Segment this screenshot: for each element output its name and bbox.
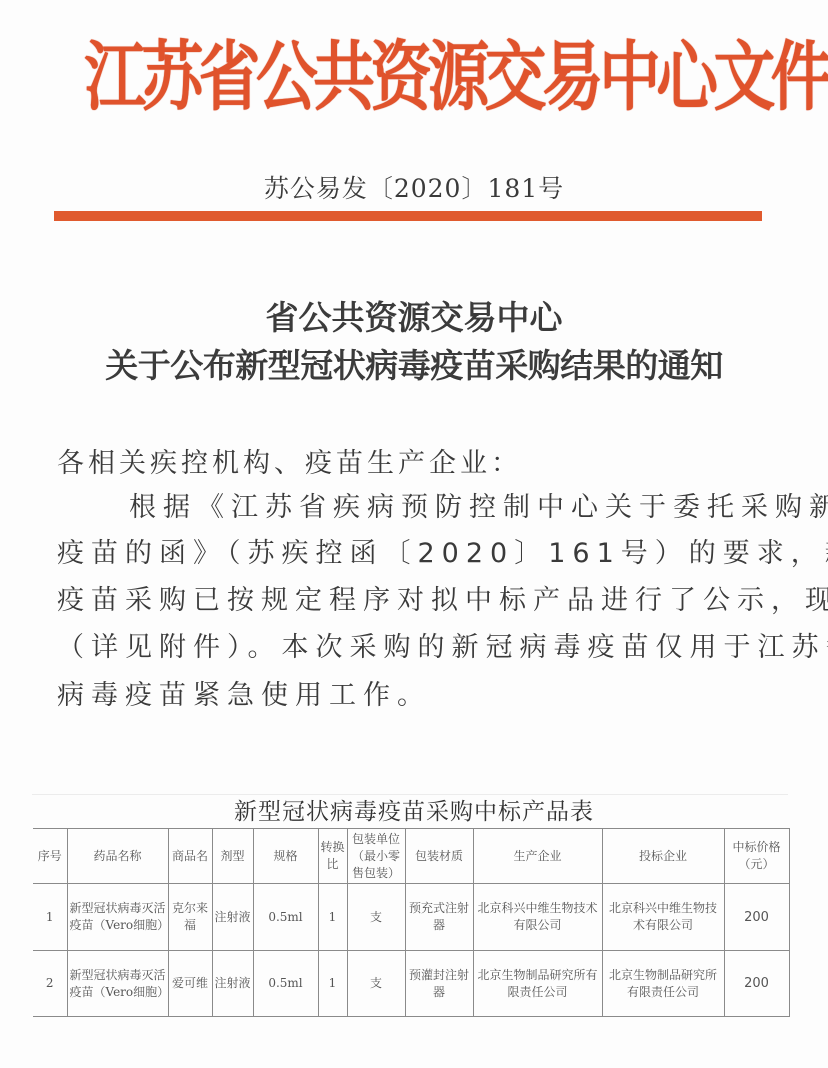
cell-drug-name: 新型冠状病毒灭活疫苗（Vero细胞） bbox=[67, 884, 168, 951]
header-bidder: 投标企业 bbox=[602, 829, 724, 884]
cell-pack-unit: 支 bbox=[347, 884, 405, 951]
notice-title-line-1: 省公共资源交易中心 bbox=[0, 296, 828, 340]
cell-manufacturer: 北京生物制品研究所有限责任公司 bbox=[473, 951, 602, 1017]
paragraph-line: 病毒疫苗紧急使用工作。 bbox=[57, 676, 769, 716]
cell-seq: 2 bbox=[33, 951, 67, 1017]
notice-title-line-2: 关于公布新型冠状病毒疫苗采购结果的通知 bbox=[0, 344, 828, 388]
table-title: 新型冠状病毒疫苗采购中标产品表 bbox=[0, 797, 828, 827]
cell-spec: 0.5ml bbox=[253, 884, 318, 951]
header-drug-name: 药品名称 bbox=[67, 829, 168, 884]
header-price: 中标价格（元） bbox=[724, 829, 789, 884]
header-manufacturer: 生产企业 bbox=[473, 829, 602, 884]
cell-drug-name: 新型冠状病毒灭活疫苗（Vero细胞） bbox=[67, 951, 168, 1017]
cell-pack-material: 预灌封注射器 bbox=[405, 951, 473, 1017]
document-number: 苏公易发〔2020〕181号 bbox=[0, 172, 828, 206]
header-pack-material: 包装材质 bbox=[405, 829, 473, 884]
cell-trade-name: 爱可维 bbox=[168, 951, 212, 1017]
winning-products-table: 序号 药品名称 商品名 剂型 规格 转换比 包装单位（最小零售包装） 包装材质 … bbox=[33, 828, 790, 1017]
paragraph-line: 疫苗的函》（苏疾控函〔2020〕161号）的要求，新型冠状病毒 bbox=[57, 534, 769, 574]
header-seq: 序号 bbox=[33, 829, 67, 884]
paragraph-line: 根据《江苏省疾病预防控制中心关于委托采购新型冠状病毒 bbox=[57, 488, 828, 528]
document-page: 江苏省公共资源交易中心文件 苏公易发〔2020〕181号 省公共资源交易中心 关… bbox=[0, 0, 828, 1068]
table-header-row: 序号 药品名称 商品名 剂型 规格 转换比 包装单位（最小零售包装） 包装材质 … bbox=[33, 829, 789, 884]
issuer-header-title: 江苏省公共资源交易中心文件 bbox=[84, 26, 735, 128]
table-row: 2 新型冠状病毒灭活疫苗（Vero细胞） 爱可维 注射液 0.5ml 1 支 预… bbox=[33, 951, 789, 1017]
red-divider-rule bbox=[54, 211, 762, 221]
header-trade-name: 商品名 bbox=[168, 829, 212, 884]
cell-pack-material: 预充式注射器 bbox=[405, 884, 473, 951]
cell-pack-unit: 支 bbox=[347, 951, 405, 1017]
paragraph-line: 疫苗采购已按规定程序对拟中标产品进行了公示，现予以公布 bbox=[57, 581, 769, 621]
cell-price: 200 bbox=[724, 951, 789, 1017]
cell-conversion: 1 bbox=[318, 884, 347, 951]
header-pack-unit: 包装单位（最小零售包装） bbox=[347, 829, 405, 884]
salutation: 各相关疾控机构、疫苗生产企业： bbox=[57, 444, 769, 484]
cell-bidder: 北京生物制品研究所有限责任公司 bbox=[602, 951, 724, 1017]
cell-bidder: 北京科兴中维生物技术有限公司 bbox=[602, 884, 724, 951]
header-dosage-form: 剂型 bbox=[212, 829, 253, 884]
cell-dosage-form: 注射液 bbox=[212, 884, 253, 951]
cell-spec: 0.5ml bbox=[253, 951, 318, 1017]
header-spec: 规格 bbox=[253, 829, 318, 884]
cell-conversion: 1 bbox=[318, 951, 347, 1017]
table-row: 1 新型冠状病毒灭活疫苗（Vero细胞） 克尔来福 注射液 0.5ml 1 支 … bbox=[33, 884, 789, 951]
header-conversion: 转换比 bbox=[318, 829, 347, 884]
cell-trade-name: 克尔来福 bbox=[168, 884, 212, 951]
cell-seq: 1 bbox=[33, 884, 67, 951]
cell-manufacturer: 北京科兴中维生物技术有限公司 bbox=[473, 884, 602, 951]
attachment-separator bbox=[32, 794, 788, 795]
paragraph-line: （详见附件）。本次采购的新冠病毒疫苗仅用于江苏省新型冠状 bbox=[57, 628, 769, 668]
cell-price: 200 bbox=[724, 884, 789, 951]
cell-dosage-form: 注射液 bbox=[212, 951, 253, 1017]
